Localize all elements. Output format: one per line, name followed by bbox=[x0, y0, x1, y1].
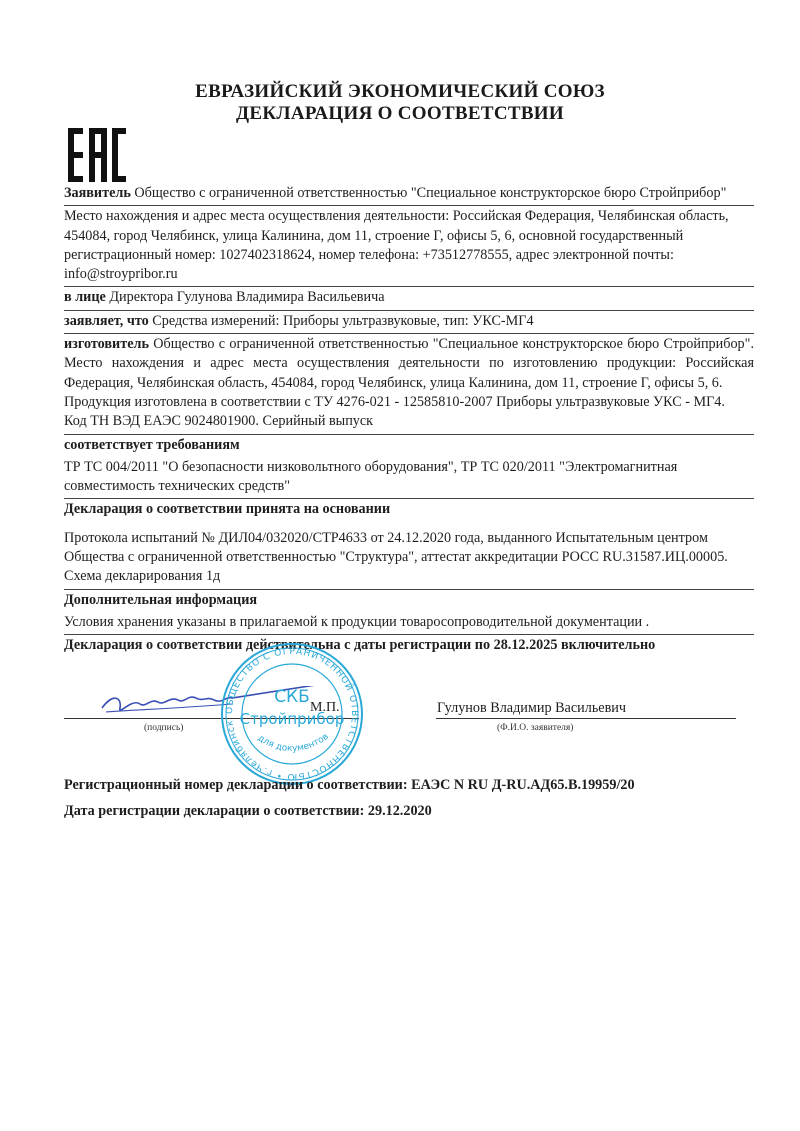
declares-section: заявляет, что Средства измерений: Прибор… bbox=[64, 311, 754, 334]
applicant-section: Заявитель Общество с ограниченной ответс… bbox=[64, 183, 754, 206]
requirements-label: соответствует требованиям bbox=[64, 435, 754, 457]
signature-block: М.П. Гулунов Владимир Васильевич (подпис… bbox=[64, 690, 754, 750]
document-title: ДЕКЛАРАЦИЯ О СООТВЕТСТВИИ bbox=[0, 103, 800, 125]
address-text: Место нахождения и адрес места осуществл… bbox=[64, 208, 729, 282]
basis-scheme: Схема декларирования 1д bbox=[64, 567, 754, 586]
represented-by-text: Директора Гулунова Владимира Васильевича bbox=[106, 289, 385, 305]
signer-name: Гулунов Владимир Васильевич bbox=[437, 700, 626, 717]
represented-by-label: в лице bbox=[64, 289, 106, 305]
manufacturer-label: изготовитель bbox=[64, 336, 149, 352]
name-line bbox=[436, 718, 736, 719]
applicant-label: Заявитель bbox=[64, 185, 131, 201]
represented-by-section: в лице Директора Гулунова Владимира Васи… bbox=[64, 287, 754, 310]
svg-text:СКБ: СКБ bbox=[274, 687, 310, 707]
validity-text: Декларация о соответствии действительна … bbox=[64, 635, 754, 657]
signature-caption: (подпись) bbox=[144, 723, 183, 733]
declares-text: Средства измерений: Приборы ультразвуков… bbox=[149, 313, 534, 329]
registration-date: Дата регистрации декларации о соответств… bbox=[64, 803, 432, 820]
svg-text:для документов: для документов bbox=[256, 732, 331, 754]
eac-logo-icon bbox=[68, 128, 126, 182]
basis-section: Протокола испытаний № ДИЛ04/032020/СТР46… bbox=[64, 528, 754, 590]
additional-label: Дополнительная информация bbox=[64, 590, 754, 612]
registration-number: Регистрационный номер декларации о соотв… bbox=[64, 777, 635, 794]
manufacturer-standard: Продукция изготовлена в соответствии с Т… bbox=[64, 393, 754, 412]
basis-text: Протокола испытаний № ДИЛ04/032020/СТР46… bbox=[64, 529, 754, 568]
manufacturer-code: Код ТН ВЭД ЕАЭС 9024801900. Серийный вып… bbox=[64, 412, 754, 431]
company-stamp-icon: ОБЩЕСТВО С ОГРАНИЧЕННОЙ ОТВЕТСТВЕННОСТЬЮ… bbox=[218, 640, 366, 788]
basis-label: Декларация о соответствии принята на осн… bbox=[64, 499, 754, 521]
additional-text: Условия хранения указаны в прилагаемой к… bbox=[64, 612, 754, 635]
applicant-text: Общество с ограниченной ответственностью… bbox=[131, 185, 727, 201]
svg-text:Стройприбор: Стройприбор bbox=[240, 710, 345, 728]
declares-label: заявляет, что bbox=[64, 313, 149, 329]
declaration-body: Заявитель Общество с ограниченной ответс… bbox=[64, 183, 754, 658]
manufacturer-text: Общество с ограниченной ответственностью… bbox=[64, 336, 754, 391]
manufacturer-section: изготовитель Общество с ограниченной отв… bbox=[64, 334, 754, 434]
name-caption: (Ф.И.О. заявителя) bbox=[497, 723, 573, 733]
declaration-page: ЕВРАЗИЙСКИЙ ЭКОНОМИЧЕСКИЙ СОЮЗ ДЕКЛАРАЦИ… bbox=[0, 0, 800, 1131]
address-section: Место нахождения и адрес места осуществл… bbox=[64, 206, 754, 287]
union-title: ЕВРАЗИЙСКИЙ ЭКОНОМИЧЕСКИЙ СОЮЗ bbox=[0, 81, 800, 103]
requirements-text: ТР ТС 004/2011 "О безопасности низковоль… bbox=[64, 457, 754, 500]
